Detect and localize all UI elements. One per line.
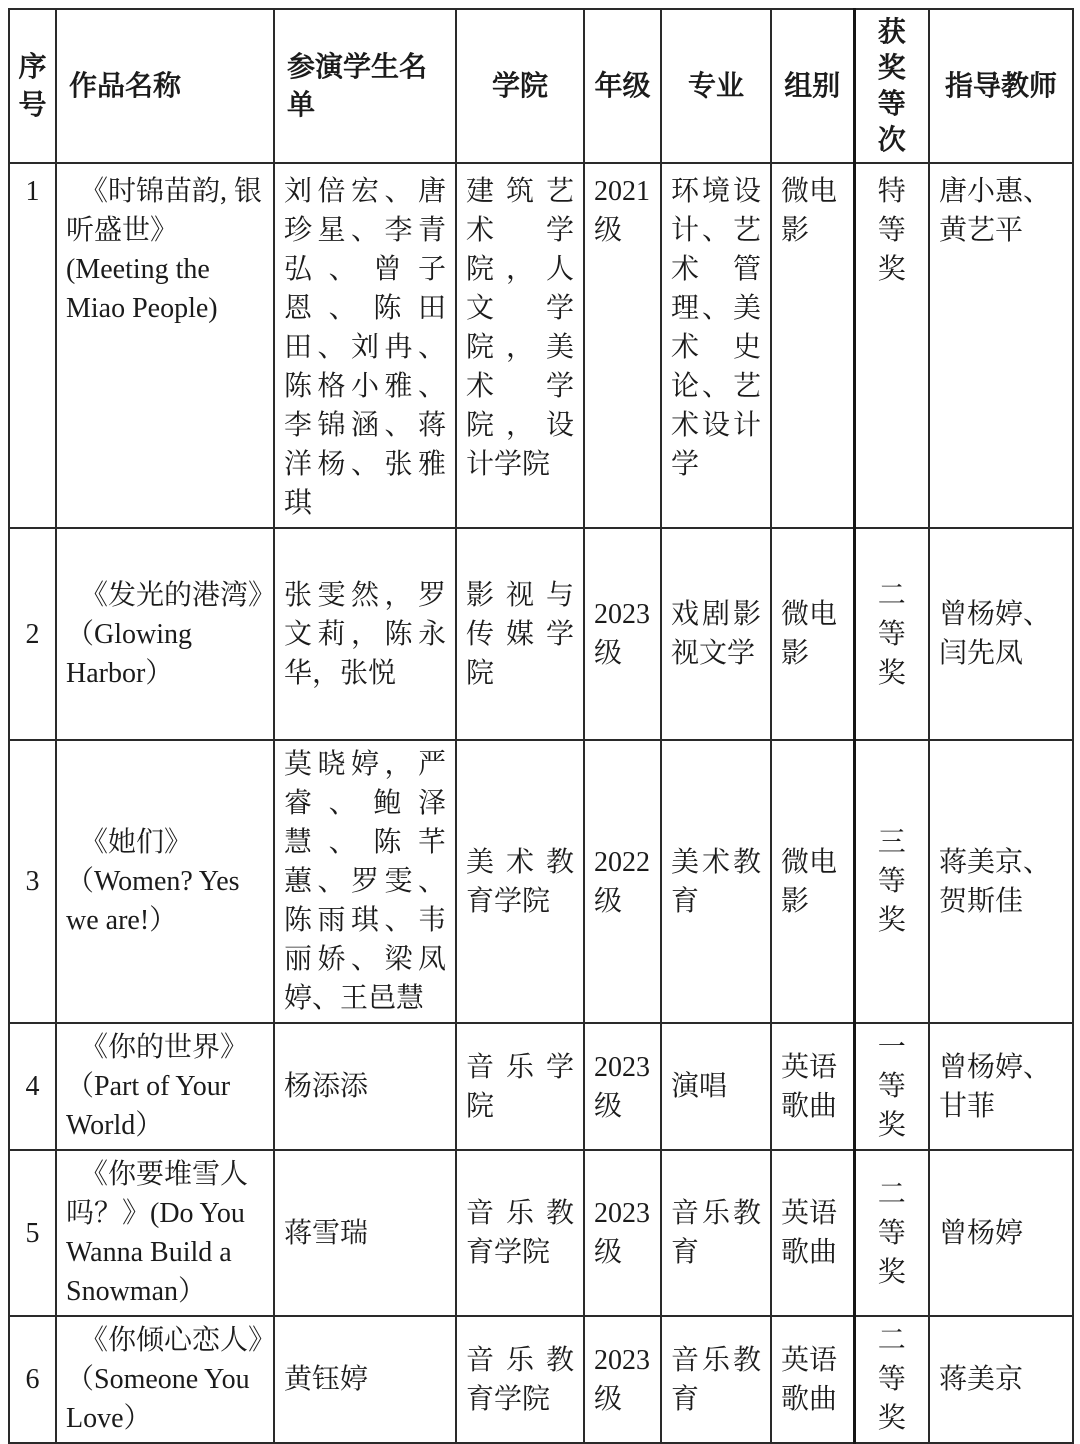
cell-major: 音乐教育 xyxy=(661,1316,771,1336)
column-header-award: 获奖等次 xyxy=(854,9,929,163)
cell-award: 一等奖 xyxy=(854,1023,929,1150)
table-header-row: 序号作品名称参演学生名单学院年级专业组别获奖等次指导教师 xyxy=(9,9,1073,163)
cell-grade: 2023级 xyxy=(584,1150,661,1316)
cell-college: 影视与传媒学院 xyxy=(456,528,584,740)
cell-major: 美术教育 xyxy=(661,740,771,1023)
cell-work: 《她们》（Women? Yes we are!） xyxy=(56,740,274,1023)
cell-award: 三等奖 xyxy=(854,740,929,1023)
column-header-group: 组别 xyxy=(771,9,854,163)
cell-major: 音乐教育 xyxy=(661,1150,771,1316)
cell-students: 张雯然，罗文莉，陈永华，张悦 xyxy=(274,528,456,740)
cell-group: 英语歌曲 xyxy=(771,1023,854,1150)
cell-students: 莫晓婷，严睿、鲍泽慧、陈芊蕙、罗雯、陈雨琪、韦丽娇、梁凤婷、王邑慧 xyxy=(274,740,456,1023)
cell-grade: 2023级 xyxy=(584,1316,661,1336)
cell-college: 音乐学院 xyxy=(456,1023,584,1150)
cell-index: 3 xyxy=(9,740,56,1023)
cell-index: 5 xyxy=(9,1150,56,1316)
awards-table: 序号作品名称参演学生名单学院年级专业组别获奖等次指导教师 1《时锦苗韵, 银听盛… xyxy=(8,8,1074,1336)
cell-work: 《你倾心恋人》（Someone You Love） xyxy=(56,1316,274,1336)
cell-teacher: 曾杨婷、闫先凤 xyxy=(929,528,1073,740)
cell-work: 《你要堆雪人吗？》(Do You Wanna Build a Snowman） xyxy=(56,1150,274,1316)
cell-group: 微电影 xyxy=(771,528,854,740)
cell-major: 戏剧影视文学 xyxy=(661,528,771,740)
cell-work: 《时锦苗韵, 银听盛世》(Meeting the Miao People) xyxy=(56,163,274,528)
cell-work: 《发光的港湾》（Glowing Harbor） xyxy=(56,528,274,740)
cell-award: 二等奖 xyxy=(854,528,929,740)
column-header-teacher: 指导教师 xyxy=(929,9,1073,163)
cell-award: 特等奖 xyxy=(854,163,929,528)
document-page: 序号作品名称参演学生名单学院年级专业组别获奖等次指导教师 1《时锦苗韵, 银听盛… xyxy=(8,8,1072,1336)
table-row: 4《你的世界》（Part of Your World）杨添添音乐学院2023级演… xyxy=(9,1023,1073,1150)
cell-award: 二等奖 xyxy=(854,1150,929,1316)
cell-college: 建筑艺术学院，人文学院，美术学院，设计学院 xyxy=(456,163,584,528)
column-header-work: 作品名称 xyxy=(56,9,274,163)
cell-group: 英语歌曲 xyxy=(771,1150,854,1316)
cell-group: 微电影 xyxy=(771,163,854,528)
table-row: 5《你要堆雪人吗？》(Do You Wanna Build a Snowman）… xyxy=(9,1150,1073,1316)
cell-work: 《你的世界》（Part of Your World） xyxy=(56,1023,274,1150)
cell-students: 蒋雪瑞 xyxy=(274,1150,456,1316)
cell-index: 4 xyxy=(9,1023,56,1150)
table-row: 2《发光的港湾》（Glowing Harbor）张雯然，罗文莉，陈永华，张悦影视… xyxy=(9,528,1073,740)
cell-grade: 2022级 xyxy=(584,740,661,1023)
cell-students: 黄钰婷 xyxy=(274,1316,456,1336)
table-row: 1《时锦苗韵, 银听盛世》(Meeting the Miao People)刘倍… xyxy=(9,163,1073,528)
cell-students: 刘倍宏、唐珍星、李青弘、曾子恩、陈田田、刘冉、陈格小雅、李锦涵、蒋洋杨、张雅琪 xyxy=(274,163,456,528)
table-row: 3《她们》（Women? Yes we are!）莫晓婷，严睿、鲍泽慧、陈芊蕙、… xyxy=(9,740,1073,1023)
cell-teacher: 唐小惠、黄艺平 xyxy=(929,163,1073,528)
column-header-index: 序号 xyxy=(9,9,56,163)
cell-students: 杨添添 xyxy=(274,1023,456,1150)
cell-index: 6 xyxy=(9,1316,56,1336)
cell-college: 音乐教育学院 xyxy=(456,1150,584,1316)
cell-group: 英语歌曲 xyxy=(771,1316,854,1336)
column-header-major: 专业 xyxy=(661,9,771,163)
cell-index: 2 xyxy=(9,528,56,740)
cell-index: 1 xyxy=(9,163,56,528)
column-header-students: 参演学生名单 xyxy=(274,9,456,163)
cell-major: 演唱 xyxy=(661,1023,771,1150)
cell-grade: 2023级 xyxy=(584,528,661,740)
column-header-college: 学院 xyxy=(456,9,584,163)
cell-group: 微电影 xyxy=(771,740,854,1023)
cell-major: 环境设计、艺术管理、美术史论、艺术设计学 xyxy=(661,163,771,528)
column-header-grade: 年级 xyxy=(584,9,661,163)
table-row: 6《你倾心恋人》（Someone You Love）黄钰婷音乐教育学院2023级… xyxy=(9,1316,1073,1336)
cell-award: 二等奖 xyxy=(854,1316,929,1336)
cell-college: 美术教育学院 xyxy=(456,740,584,1023)
cell-grade: 2021级 xyxy=(584,163,661,528)
cell-grade: 2023级 xyxy=(584,1023,661,1150)
cell-teacher: 蒋美京、贺斯佳 xyxy=(929,740,1073,1023)
cell-teacher: 曾杨婷、甘菲 xyxy=(929,1023,1073,1150)
cell-teacher: 蒋美京 xyxy=(929,1316,1073,1336)
cell-college: 音乐教育学院 xyxy=(456,1316,584,1336)
cell-teacher: 曾杨婷 xyxy=(929,1150,1073,1316)
